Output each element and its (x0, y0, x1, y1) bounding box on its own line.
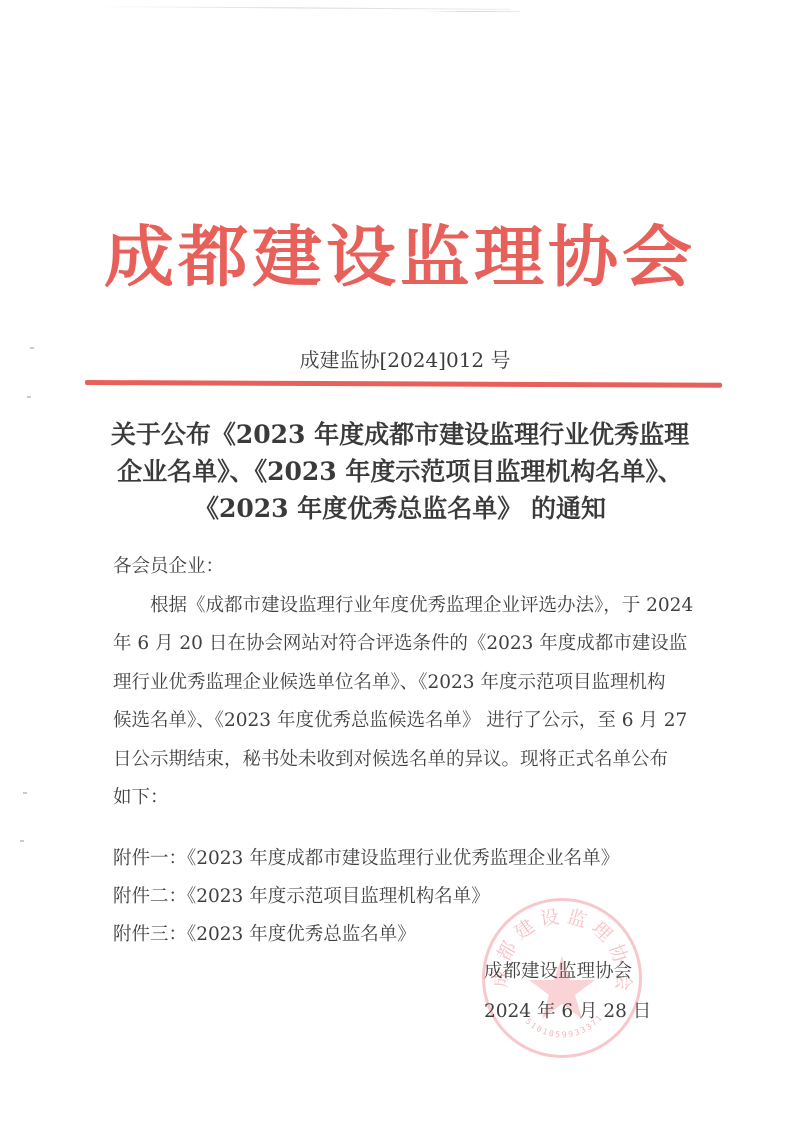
letterhead-title: 成都建设监理协会 (0, 214, 800, 300)
notice-title-line: 《2023 年度优秀总监名单》 的通知 (100, 490, 700, 527)
attachment-item: 附件一：《2023 年度成都市建设监理行业优秀监理企业名单》 (113, 840, 619, 878)
notice-title: 关于公布《2023 年度成都市建设监理行业优秀监理 企业名单》、《2023 年度… (100, 416, 700, 527)
body-line: 理行业优秀监理企业候选单位名单》、《2023 年度示范项目监理机构 (113, 664, 693, 703)
salutation: 各会员企业： (113, 548, 693, 587)
body-line: 根据《成都市建设监理行业年度优秀监理企业评选办法》，于 2024 (113, 587, 693, 626)
scan-speck (27, 396, 31, 398)
body-line: 如下： (113, 779, 693, 818)
body-line: 日公示期结束，秘书处未收到对候选名单的异议。现将正式名单公布 (113, 741, 693, 780)
body-line: 年 6 月 20 日在协会网站对符合评选条件的《2023 年度成都市建设监 (113, 625, 693, 664)
notice-title-line: 企业名单》、《2023 年度示范项目监理机构名单》、 (100, 453, 700, 490)
scan-edge-line (420, 11, 520, 12)
scan-edge-line (90, 6, 510, 10)
scan-speck (20, 840, 24, 842)
notice-title-line: 关于公布《2023 年度成都市建设监理行业优秀监理 (100, 416, 700, 453)
scan-speck (23, 792, 27, 794)
signature-block: 成都建设监理协会 2024 年 6 月 28 日 (484, 952, 651, 1032)
document-number: 成建监协[2024]012 号 (0, 347, 800, 373)
signature-organization: 成都建设监理协会 (484, 952, 651, 992)
red-divider-rule (85, 380, 722, 388)
body-line: 候选名单》、《2023 年度优秀总监候选名单》 进行了公示，至 6 月 27 (113, 702, 693, 741)
signature-date: 2024 年 6 月 28 日 (484, 992, 651, 1032)
notice-body: 各会员企业： 根据《成都市建设监理行业年度优秀监理企业评选办法》，于 2024 … (113, 548, 693, 818)
